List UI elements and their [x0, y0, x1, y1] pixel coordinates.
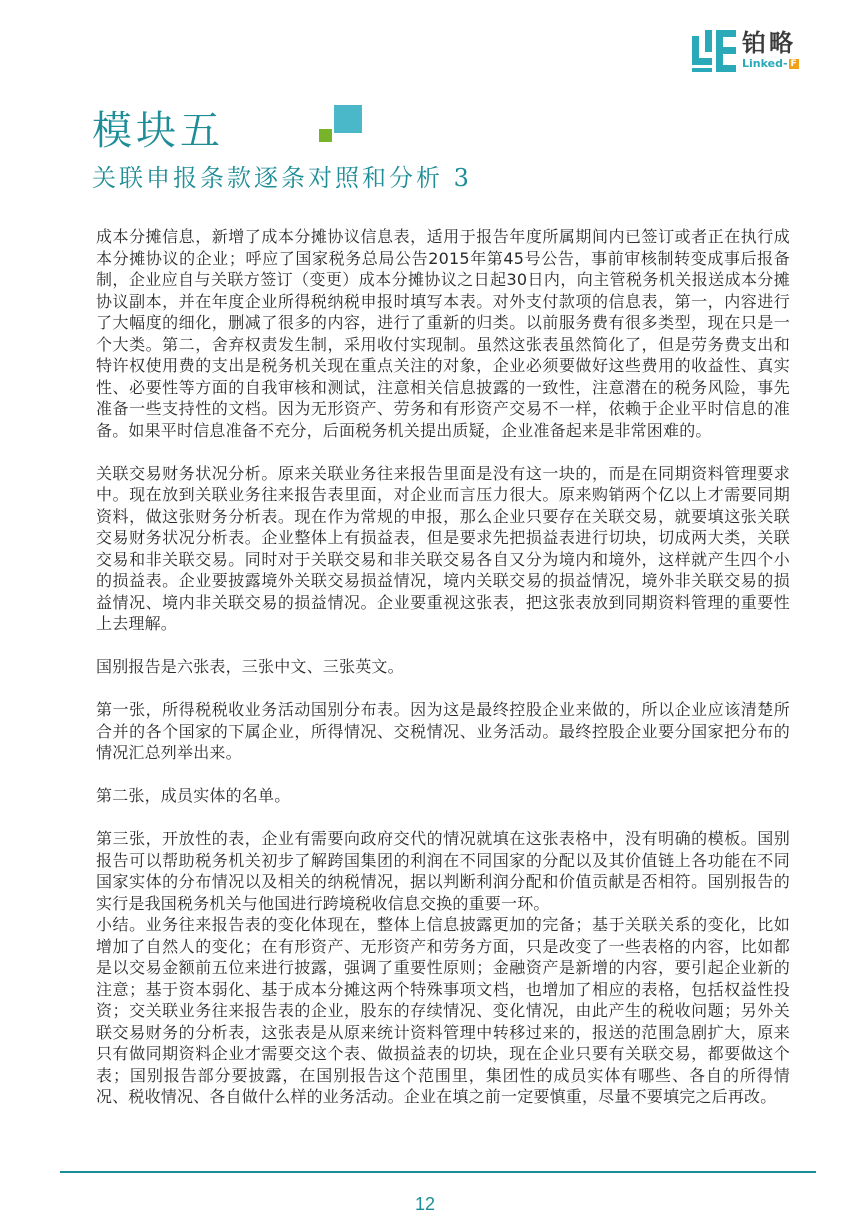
linked-f-logo-icon	[692, 30, 736, 72]
paragraph-table-one: 第一张，所得税税收业务活动国别分布表。因为这是最终控股企业来做的，所以企业应该清…	[96, 699, 790, 764]
paragraph-cost-sharing: 成本分摊信息，新增了成本分摊协议信息表，适用于报告年度所属期间内已签订或者正在执…	[96, 226, 790, 441]
paragraph-country-report-intro: 国别报告是六张表，三张中文、三张英文。	[96, 656, 790, 678]
module-title: 模块五	[92, 108, 224, 154]
logo-name-en-text: Linked-	[742, 57, 788, 70]
body-content: 成本分摊信息，新增了成本分摊协议信息表，适用于报告年度所属期间内已签订或者正在执…	[96, 226, 790, 1108]
brand-logo: 铂略 Linked- F	[692, 30, 799, 74]
decorative-square-green	[319, 129, 332, 142]
section-subtitle: 关联申报条款逐条对照和分析 3	[92, 162, 472, 194]
logo-f-badge: F	[789, 59, 799, 69]
paragraph-financial-analysis: 关联交易财务状况分析。原来关联业务往来报告里面是没有这一块的，而是在同期资料管理…	[96, 463, 790, 635]
logo-text: 铂略 Linked- F	[742, 30, 799, 70]
paragraph-summary: 小结。业务往来报告表的变化体现在，整体上信息披露更加的完备；基于关联关系的变化，…	[96, 914, 790, 1108]
logo-name-en: Linked- F	[742, 57, 799, 70]
paragraph-table-two: 第二张，成员实体的名单。	[96, 785, 790, 807]
footer-divider	[60, 1171, 816, 1173]
logo-name-cn: 铂略	[742, 30, 799, 57]
paragraph-table-three: 第三张，开放性的表，企业有需要向政府交代的情况就填在这张表格中，没有明确的模板。…	[96, 828, 790, 914]
decorative-square-blue	[334, 105, 362, 133]
page-number: 12	[0, 1194, 850, 1215]
